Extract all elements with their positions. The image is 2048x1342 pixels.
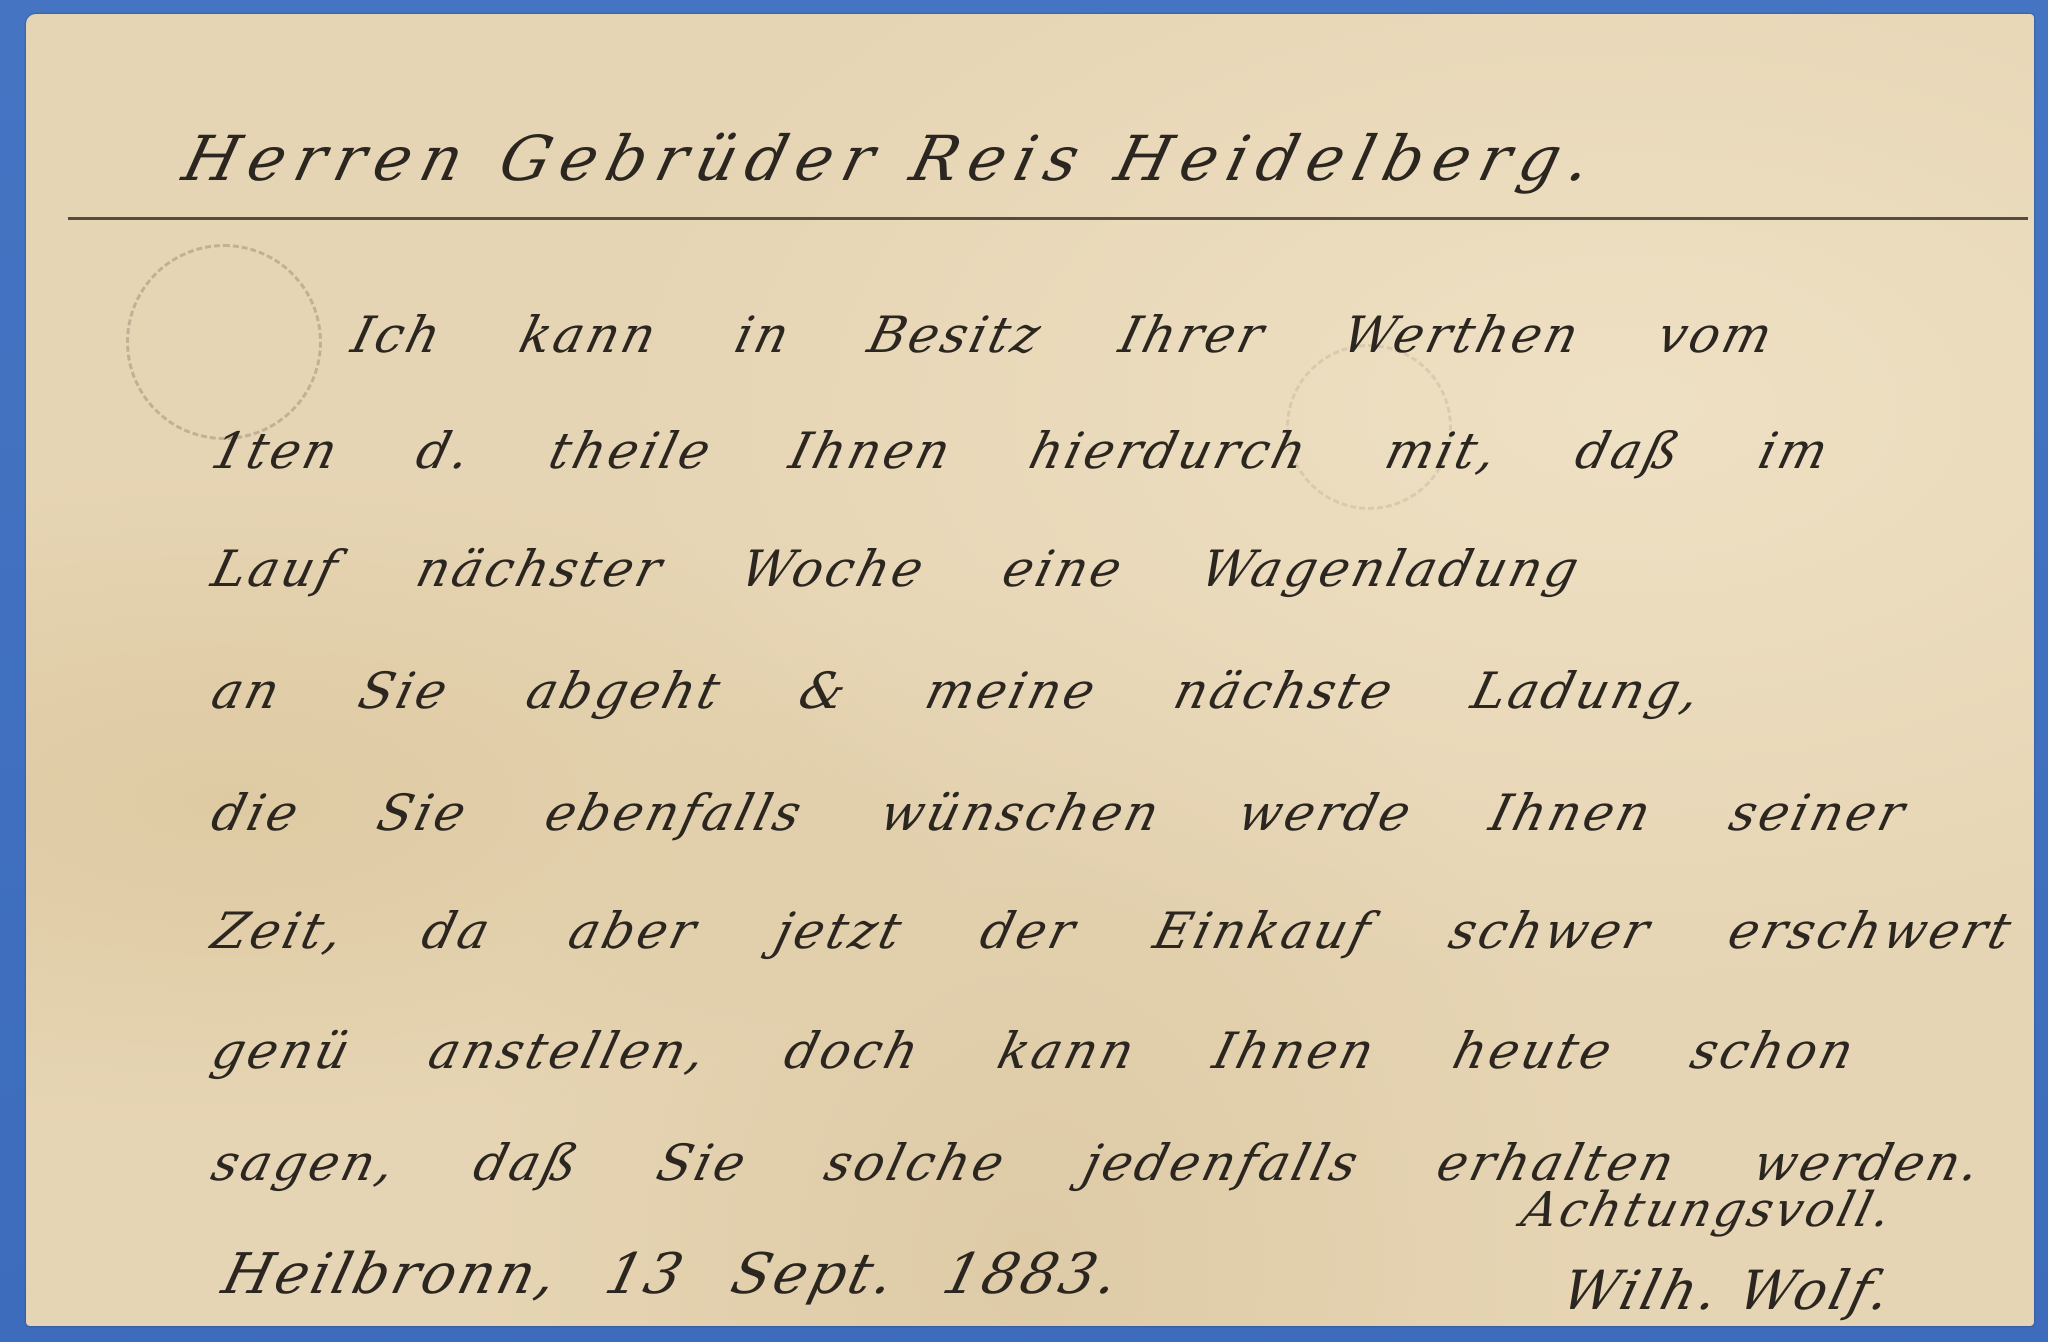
place-and-date: Heilbronn, 13 Sept. 1883. xyxy=(216,1242,1128,1307)
body-line-3: Lauf nächster Woche eine Wagenladung xyxy=(206,540,1587,598)
body-line-6: Zeit, da aber jetzt der Einkauf schwer e… xyxy=(206,902,2048,960)
postcard: Herren Gebrüder Reis Heidelberg. Ich kan… xyxy=(26,14,2034,1326)
signature: Wilh. Wolf. xyxy=(1556,1259,1900,1322)
closing-salutation: Achtungsvoll. xyxy=(1516,1182,1900,1238)
body-line-2: 1ten d. theile Ihnen hierdurch mit, daß … xyxy=(206,422,1837,480)
address-rule xyxy=(68,217,2028,220)
body-line-4: an Sie abgeht & meine nächste Ladung, xyxy=(206,662,1709,720)
address-line: Herren Gebrüder Reis Heidelberg. xyxy=(176,122,1609,195)
body-line-1: Ich kann in Besitz Ihrer Werthen vom xyxy=(346,306,1781,364)
body-line-5: die Sie ebenfalls wünschen werde Ihnen s… xyxy=(206,784,1913,842)
faint-postmark-left xyxy=(126,244,322,440)
body-line-7: genü anstellen, doch kann Ihnen heute sc… xyxy=(206,1022,1862,1080)
